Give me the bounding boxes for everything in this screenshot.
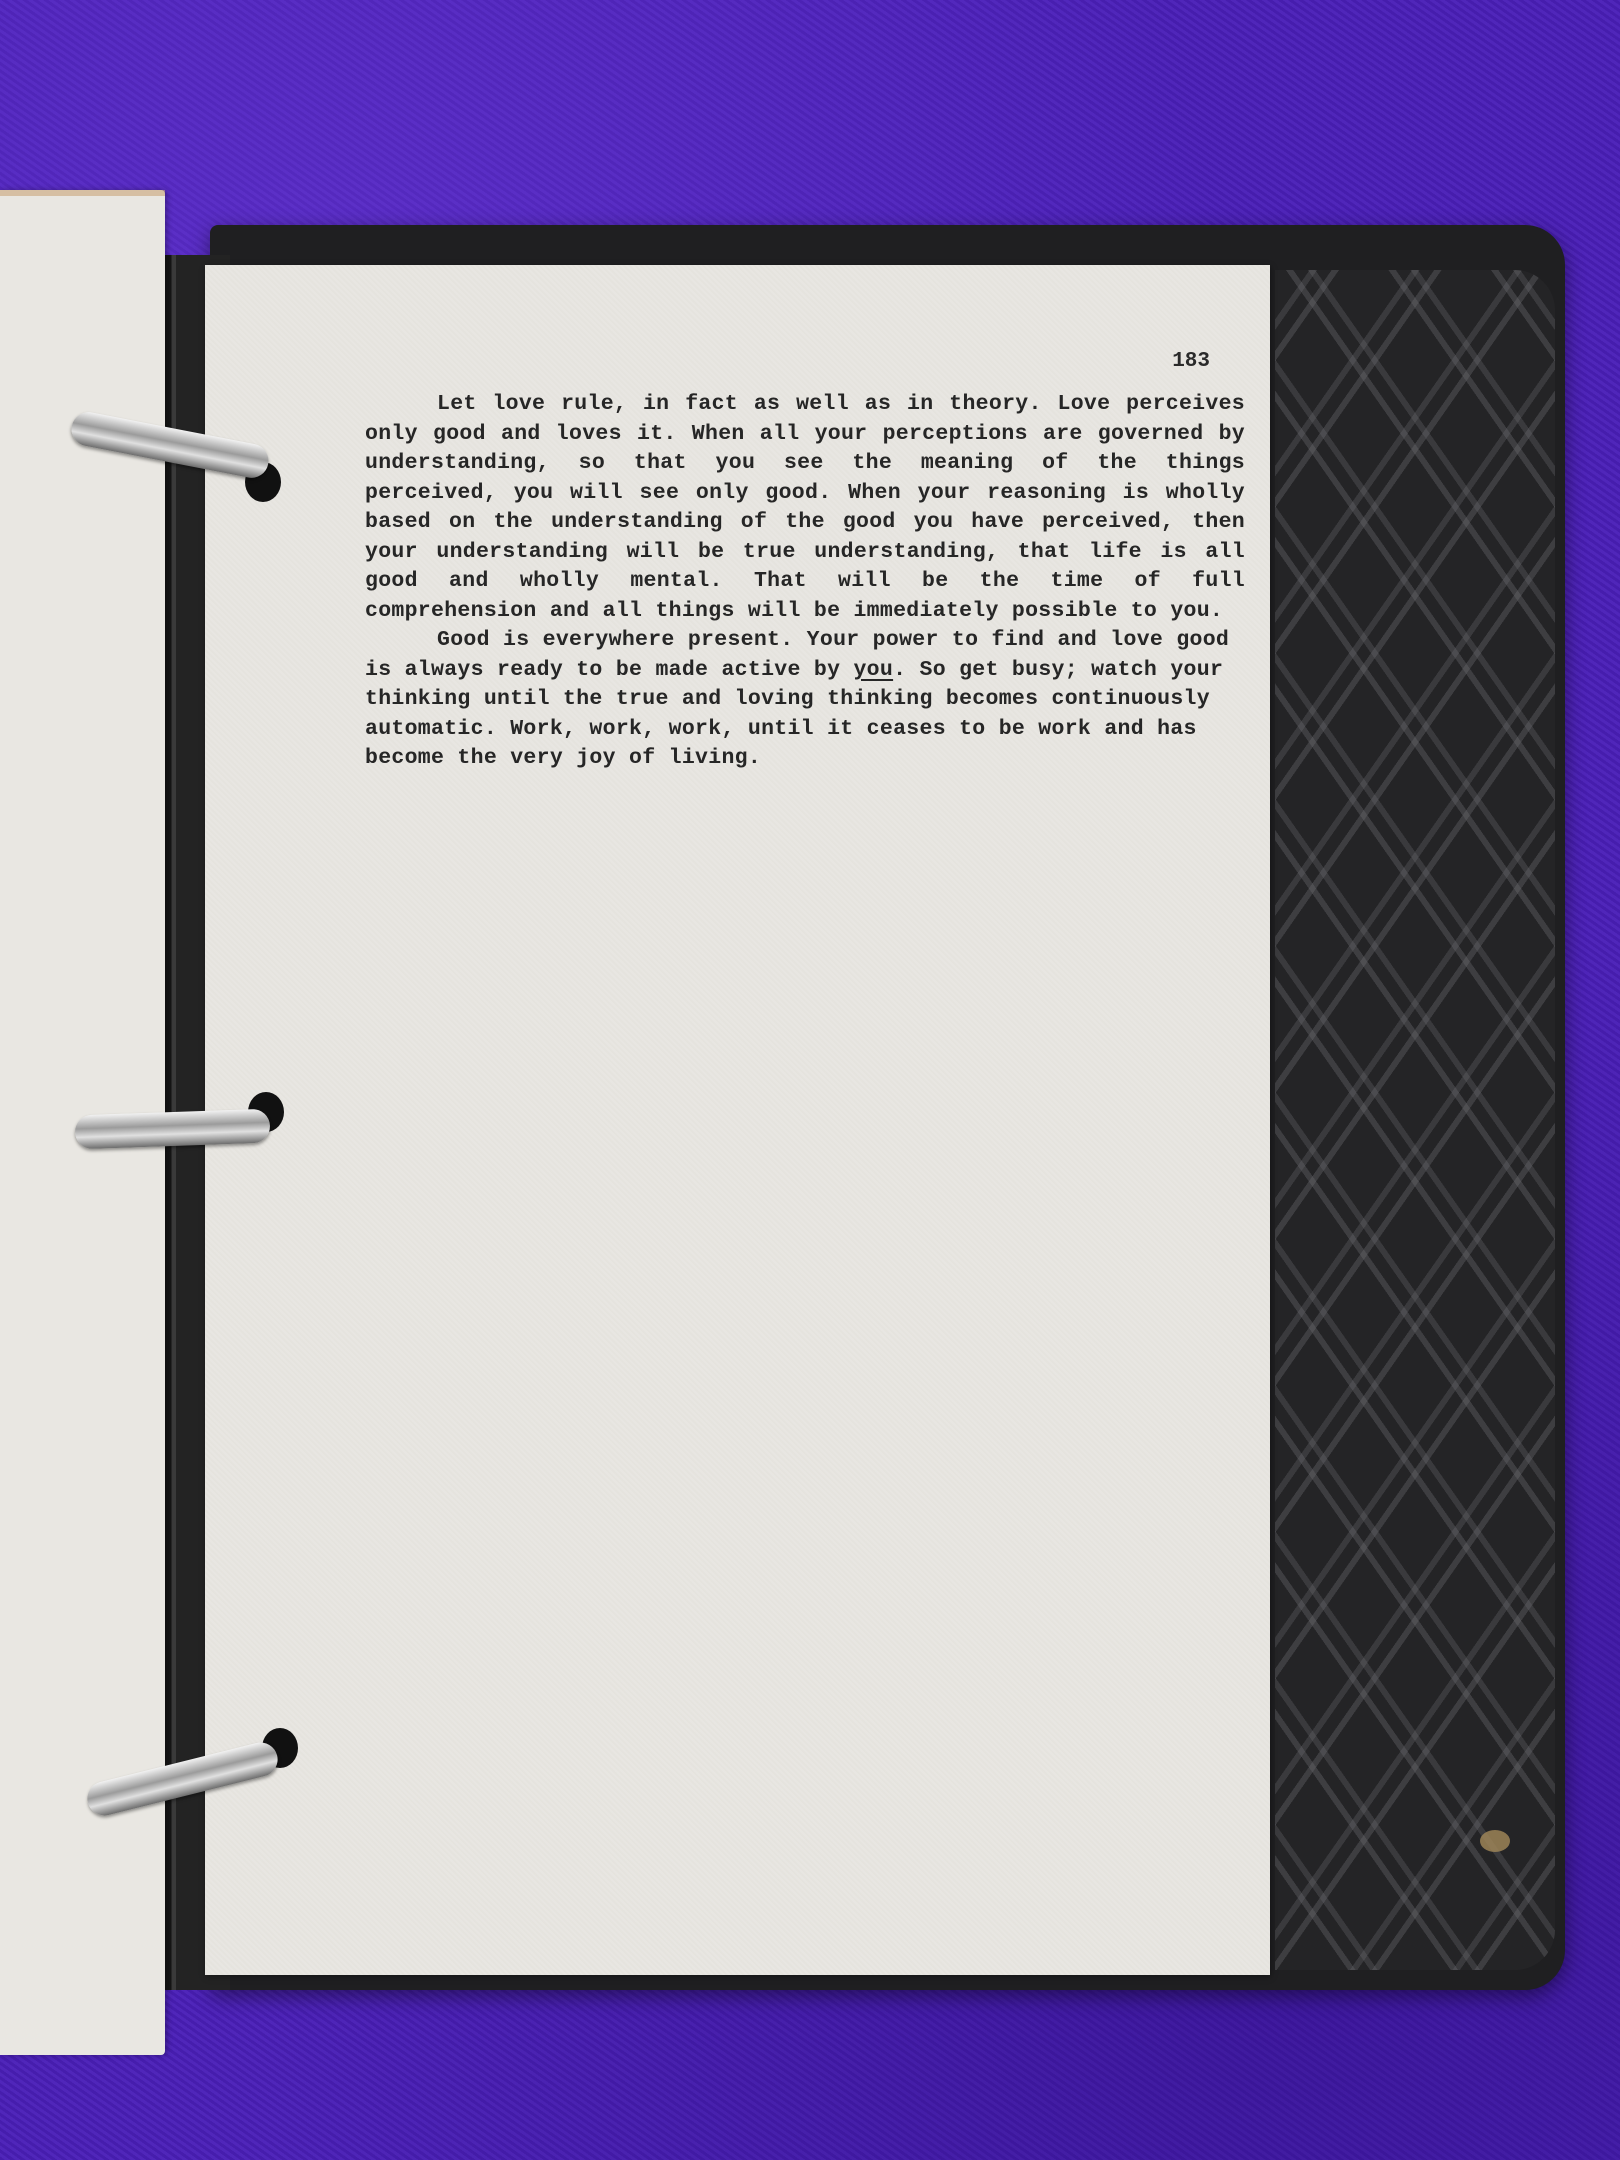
binder-ring-middle[interactable] (74, 1109, 270, 1150)
page-body-text: Let love rule, in fact as well as in the… (365, 390, 1245, 774)
paragraph-1: Let love rule, in fact as well as in the… (365, 390, 1245, 626)
page-number: 183 (1172, 350, 1210, 373)
underlined-word: you (853, 658, 893, 682)
typed-page[interactable]: 183 Let love rule, in fact as well as in… (205, 265, 1270, 1975)
cover-diamond-pattern (1275, 270, 1555, 1970)
paragraph-2: Good is everywhere present. Your power t… (365, 626, 1245, 774)
cover-corner-wear (1480, 1830, 1510, 1852)
